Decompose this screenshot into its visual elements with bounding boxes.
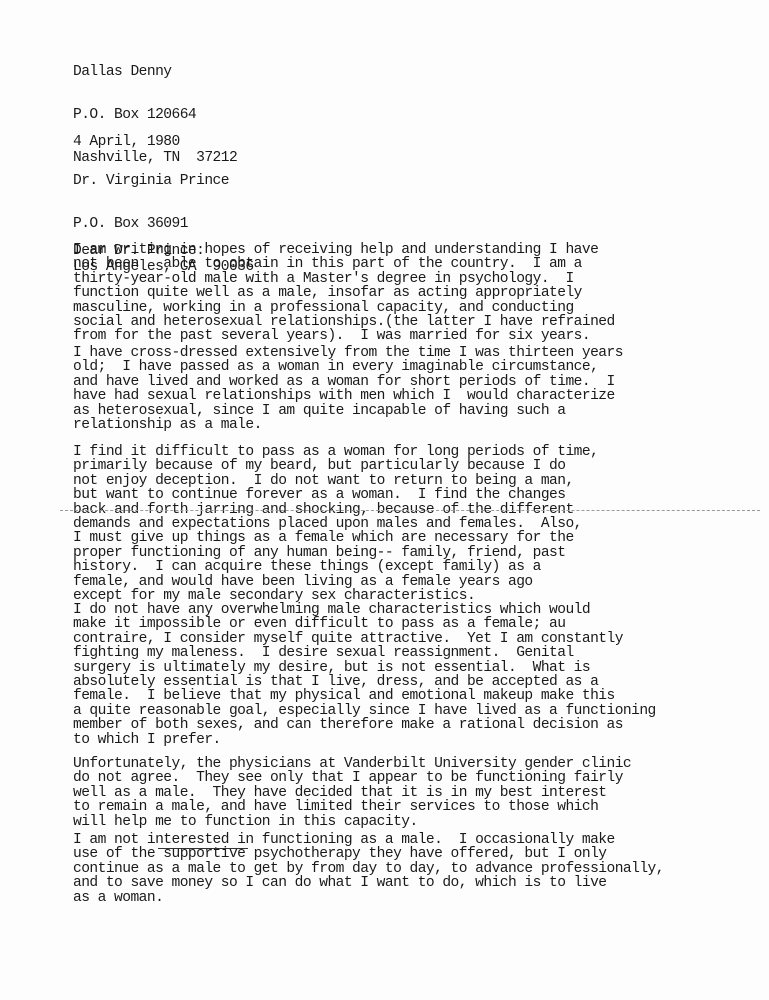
paragraph-line: fighting my maleness. I desire sexual re… [73,646,656,660]
paragraph-line: do not agree. They see only that I appea… [73,771,631,785]
paragraph-line: a quite reasonable goal, especially sinc… [73,704,656,718]
paragraph-6: I am not interested in functioning as a … [73,833,664,905]
paragraph-line: female. I believe that my physical and e… [73,689,656,703]
paragraph-line: member of both sexes, and can therefore … [73,718,656,732]
paragraph-line: use of the supportive psychotherapy they… [73,847,664,861]
paragraph-line: I must give up things as a female which … [73,531,598,545]
paragraph-line: I do not have any overwhelming male char… [73,603,656,617]
paragraph-line: as a woman. [73,891,664,905]
paragraph-1: I am writing in hopes of receiving help … [73,243,615,344]
paragraph-line: proper functioning of any human being-- … [73,546,598,560]
paragraph-line: masculine, working in a professional cap… [73,301,615,315]
paragraph-line: thirty-year-old male with a Master's deg… [73,272,615,286]
paragraph-line: will help me to function in this capacit… [73,815,631,829]
paragraph-line: and have lived and worked as a woman for… [73,375,623,389]
paragraph-line: from for the past several years). I was … [73,329,615,343]
paragraph-line: well as a male. They have decided that i… [73,786,631,800]
paragraph-line: I am writing in hopes of receiving help … [73,243,615,257]
paragraph-line: continue as a male to get by from day to… [73,862,664,876]
recipient-name: Dr. Virginia Prince [73,174,254,188]
paragraph-line: primarily because of my beard, but parti… [73,459,598,473]
paragraph-line: Unfortunately, the physicians at Vanderb… [73,757,631,771]
paragraph-line: I find it difficult to pass as a woman f… [73,445,598,459]
paragraph-line: social and heterosexual relationships.(t… [73,315,615,329]
paragraph-3: I find it difficult to pass as a woman f… [73,445,598,603]
paragraph-line: history. I can acquire these things (exc… [73,560,598,574]
paragraph-line: I am not interested in functioning as a … [73,833,664,847]
paragraph-5: Unfortunately, the physicians at Vanderb… [73,757,631,829]
paragraph-line: not been able to obtain in this part of … [73,257,615,271]
paragraph-4: I do not have any overwhelming male char… [73,603,656,747]
paragraph-line: relationship as a male. [73,418,623,432]
paragraph-line: function quite well as a male, insofar a… [73,286,615,300]
paragraph-line: I have cross-dressed extensively from th… [73,346,623,360]
paragraph-line: contraire, I consider myself quite attra… [73,632,656,646]
paragraph-line: but want to continue forever as a woman.… [73,488,598,502]
paragraph-2: I have cross-dressed extensively from th… [73,346,623,432]
paragraph-line: to which I prefer. [73,733,656,747]
strikethrough-mark [60,510,760,511]
paragraph-line: old; I have passed as a woman in every i… [73,360,623,374]
paragraph-line: absolutely essential is that I live, dre… [73,675,656,689]
letter-page: Dallas Denny P.O. Box 120664 Nashville, … [0,0,769,1000]
handwritten-underline [158,848,248,849]
paragraph-line: have had sexual relationships with men w… [73,389,623,403]
paragraph-line: demands and expectations placed upon mal… [73,517,598,531]
paragraph-line: not enjoy deception. I do not want to re… [73,474,598,488]
paragraph-line: as heterosexual, since I am quite incapa… [73,404,623,418]
paragraph-line: female, and would have been living as a … [73,575,598,589]
sender-name: Dallas Denny [73,65,237,79]
paragraph-line: make it impossible or even difficult to … [73,617,656,631]
paragraph-line: to remain a male, and have limited their… [73,800,631,814]
paragraph-line: surgery is ultimately my desire, but is … [73,661,656,675]
paragraph-line: and to save money so I can do what I wan… [73,876,664,890]
